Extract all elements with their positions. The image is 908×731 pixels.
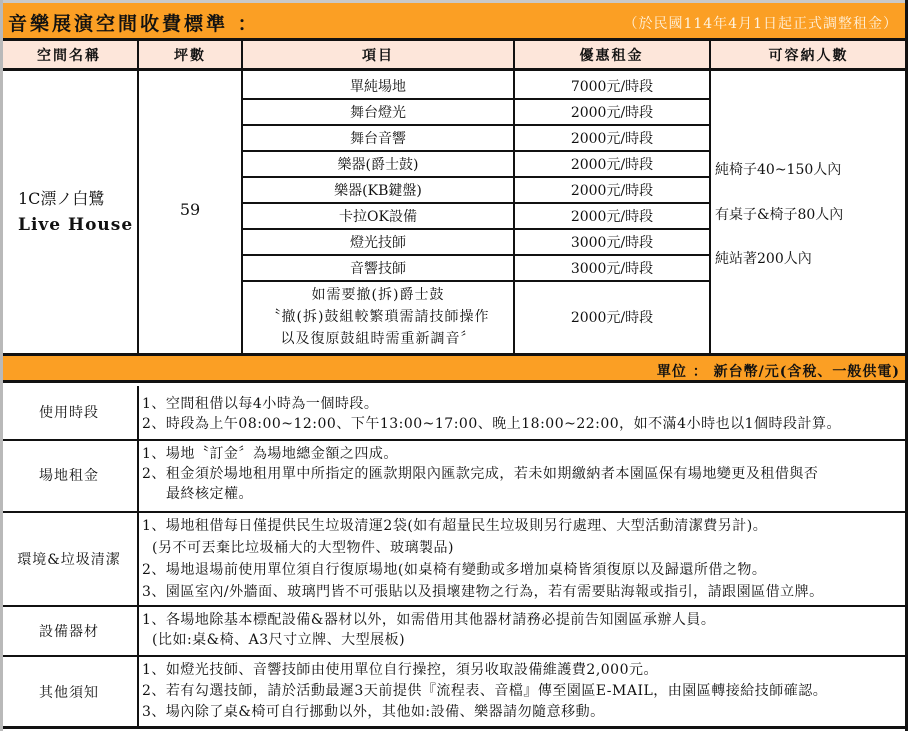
note-body-rent: 1、場地〝訂金〞為場地總金額之四成。 2、租金須於場地租用單中所指定的匯款期限內…	[142, 444, 818, 504]
currency-unit: 單位 ： 新台幣/元(含稅、一般供電)	[657, 361, 900, 381]
header-ping: 坪數	[138, 41, 242, 71]
note-label-cleaning: 環境&垃圾清潔	[0, 513, 138, 605]
item-price: 2000元/時段	[515, 282, 709, 352]
capacity-chairs: 純椅子40~150人內	[715, 159, 841, 179]
item-name: 樂器(KB鍵盤)	[243, 178, 513, 202]
item-price: 2000元/時段	[515, 100, 709, 124]
venue-name: 1C漂ノ白鷺 Live House	[18, 186, 138, 238]
item-price: 2000元/時段	[515, 152, 709, 176]
note-line: 2、租金須於場地租用單中所指定的匯款期限內匯款完成，若未如期繳納者本園區保有場地…	[142, 464, 818, 484]
note-label-equipment: 設備器材	[0, 607, 138, 655]
item-name: 卡拉OK設備	[243, 204, 513, 228]
note-line: 1、各場地除基本標配設備&器材以外，如需借用其他器材請務必提前告知園區承辦人員。	[142, 610, 715, 630]
header-capacity: 可容納人數	[709, 41, 908, 71]
title-bar: 音樂展演空間收費標準 ： （於民國114年4月1日起正式調整租金）	[0, 3, 908, 41]
note-line: 最終核定權。	[142, 484, 818, 504]
item-price: 2000元/時段	[515, 178, 709, 202]
item-price: 3000元/時段	[515, 230, 709, 254]
unit-bar: 單位 ： 新台幣/元(含稅、一般供電)	[0, 353, 908, 383]
item-name-line: 〝撤(拆)鼓組較繁瑣需請技師操作	[267, 306, 490, 328]
item-price: 7000元/時段	[515, 74, 709, 98]
capacity-tables-chairs: 有桌子&椅子80人內	[715, 204, 843, 224]
pricing-sheet: 音樂展演空間收費標準 ： （於民國114年4月1日起正式調整租金） 空間名稱 坪…	[0, 0, 908, 731]
note-line: 2、時段為上午08:00~12:00、下午13:00~17:00、晚上18:00…	[142, 414, 841, 434]
left-border	[0, 0, 3, 731]
note-body-usage-period: 1、空間租借以每4小時為一個時段。 2、時段為上午08:00~12:00、下午1…	[142, 394, 841, 434]
note-label-rent: 場地租金	[0, 441, 138, 509]
item-price: 3000元/時段	[515, 256, 709, 280]
item-price: 2000元/時段	[515, 204, 709, 228]
venue-name-line1: 1C漂ノ白鷺	[18, 186, 138, 212]
item-name: 舞台燈光	[243, 100, 513, 124]
note-line: 1、如燈光技師、音響技師由使用單位自行操控，須另收取設備維護費2,000元。	[142, 660, 827, 681]
note-line: 2、若有勾選技師，請於活動最遲3天前提供『流程表、音檔』傳至園區E-MAIL，由…	[142, 681, 827, 702]
item-name: 舞台音響	[243, 126, 513, 150]
note-line: (另不可丟棄比垃圾桶大的大型物件、玻璃製品)	[142, 537, 824, 559]
note-line: 1、場地租借每日僅提供民生垃圾清運2袋(如有超量民生垃圾則另行處理、大型活動清潔…	[142, 515, 824, 537]
note-line: 3、園區室內/外牆面、玻璃門皆不可張貼以及損壞建物之行為，若有需要貼海報或指引，…	[142, 581, 824, 603]
note-line: (比如:桌&椅、A3尺寸立牌、大型展板)	[142, 630, 715, 650]
header-item: 項目	[242, 41, 514, 71]
note-line: 1、空間租借以每4小時為一個時段。	[142, 394, 841, 414]
note-line: 3、場內除了桌&椅可自行挪動以外，其他如:設備、樂器請勿隨意移動。	[142, 702, 827, 723]
item-name-drum-teardown: 如需要撤(拆)爵士鼓 〝撤(拆)鼓組較繁瑣需請技師操作 以及復原鼓組時需重新調音…	[243, 282, 513, 352]
note-body-other: 1、如燈光技師、音響技師由使用單位自行操控，須另收取設備維護費2,000元。 2…	[142, 660, 827, 723]
item-name: 音響技師	[243, 256, 513, 280]
note-label-other: 其他須知	[0, 657, 138, 727]
capacity-standing: 純站著200人內	[715, 248, 812, 268]
bottom-border	[0, 726, 908, 729]
item-name-line: 以及復原鼓組時需重新調音〞	[281, 328, 476, 350]
item-name-line: 如需要撤(拆)爵士鼓	[312, 284, 445, 306]
note-line: 2、場地退場前使用單位須自行復原場地(如桌椅有變動或多增加桌椅皆須復原以及歸還所…	[142, 559, 824, 581]
note-body-cleaning: 1、場地租借每日僅提供民生垃圾清運2袋(如有超量民生垃圾則另行處理、大型活動清潔…	[142, 515, 824, 603]
col-divider	[709, 41, 711, 353]
note-label-usage-period: 使用時段	[0, 386, 138, 438]
venue-ping: 59	[138, 200, 242, 219]
note-body-equipment: 1、各場地除基本標配設備&器材以外，如需借用其他器材請務必提前告知園區承辦人員。…	[142, 610, 715, 650]
effective-date-note: （於民國114年4月1日起正式調整租金）	[623, 13, 898, 33]
item-name: 單純場地	[243, 74, 513, 98]
note-line: 1、場地〝訂金〞為場地總金額之四成。	[142, 444, 818, 464]
venue-name-line2: Live House	[18, 212, 138, 238]
page-title: 音樂展演空間收費標準 ：	[8, 9, 260, 36]
item-name: 燈光技師	[243, 230, 513, 254]
header-space-name: 空間名稱	[0, 41, 138, 71]
header-rent: 優惠租金	[514, 41, 709, 71]
item-name: 樂器(爵士鼓)	[243, 152, 513, 176]
item-price: 2000元/時段	[515, 126, 709, 150]
